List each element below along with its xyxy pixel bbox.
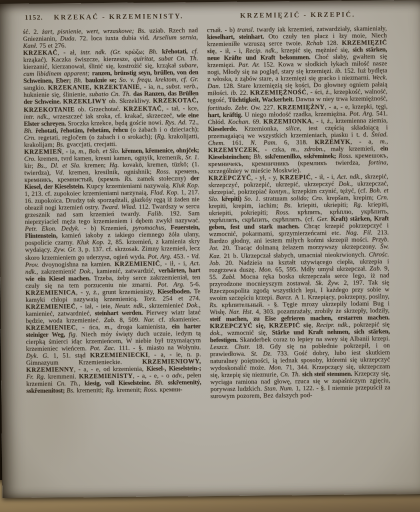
- dictionary-page: 1152. KRZEKAĆ - KRZEMIENISTY. KRZEMIĘZIĆ…: [0, 0, 420, 498]
- dictionary-paragraph: KRZEMIEŃ, - ia, m., Boh. et Slo. křemen,…: [24, 147, 201, 395]
- text-column-right: стый. - b) transl. twardy iak krzemień, …: [207, 25, 391, 481]
- text-column-left: ść. 2. żart, pisnienie, wert, wrzaskowe;…: [23, 27, 202, 483]
- dictionary-paragraph: KRZEKAĆ, - ał, intr. ndk. (Gr. κρώζω; Bh…: [23, 48, 199, 148]
- running-head-left: KRZEKAĆ - KRZEMIENISTY.: [44, 12, 194, 21]
- dictionary-paragraph: стый. - b) transl. twardy iak krzemień, …: [207, 25, 388, 175]
- dictionary-paragraph: KRZEPCZYĆ, - ył, - y, KRZEPIĆ, - ił, - i…: [208, 173, 390, 400]
- running-head-right: KRZEMIĘZIĆ - KRZEPIĆ.: [210, 10, 386, 20]
- dictionary-paragraph: ść. 2. żart, pisnienie, wert, wrzaskowe;…: [23, 27, 198, 50]
- page-number: 1152.: [25, 14, 43, 22]
- book-scan: 1152. KRZEKAĆ - KRZEMIENISTY. KRZEMIĘZIĆ…: [0, 0, 420, 512]
